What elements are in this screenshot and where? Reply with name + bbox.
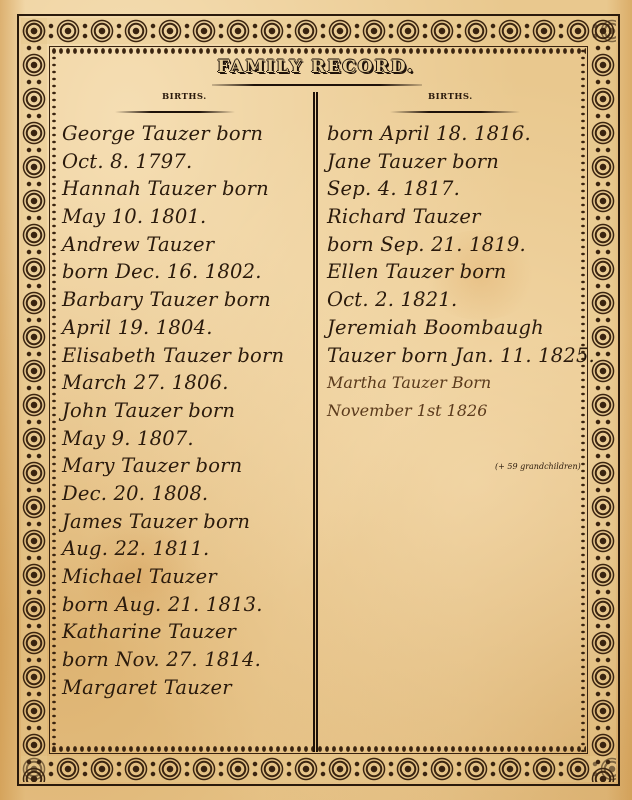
record-line: Aug. 22. 1811. [62, 535, 307, 563]
margin-note: (+ 59 grandchildren) [495, 462, 581, 471]
record-line: born Sep. 21. 1819. [327, 231, 587, 259]
right-header-rule [390, 111, 520, 113]
later-record-line: November 1st 1826 [327, 397, 587, 425]
title-underline [212, 84, 422, 86]
page-title: FAMILY RECORD. [0, 57, 632, 77]
border-band-left [21, 18, 47, 782]
left-header-rule [115, 111, 235, 113]
record-line: Jeremiah Boombaugh [327, 314, 587, 342]
record-line: Richard Tauzer [327, 203, 587, 231]
record-line: born Aug. 21. 1813. [62, 591, 307, 619]
record-line: Oct. 2. 1821. [327, 286, 587, 314]
record-line: James Tauzer born [62, 508, 307, 536]
right-column-header: BIRTHS. [428, 92, 473, 102]
record-line: born April 18. 1816. [327, 120, 587, 148]
record-line: Elisabeth Tauzer born [62, 342, 307, 370]
record-line: Barbary Tauzer born [62, 286, 307, 314]
right-births-column: born April 18. 1816. Jane Tauzer born Se… [327, 120, 587, 425]
column-divider [313, 92, 318, 752]
bead-row-bottom [51, 746, 586, 752]
record-line: Dec. 20. 1808. [62, 480, 307, 508]
record-line: Michael Tauzer [62, 563, 307, 591]
record-line: Katharine Tauzer [62, 618, 307, 646]
record-line: May 10. 1801. [62, 203, 307, 231]
record-line: born Dec. 16. 1802. [62, 258, 307, 286]
left-column-header: BIRTHS. [162, 92, 207, 102]
record-line: Andrew Tauzer [62, 231, 307, 259]
record-line: born Nov. 27. 1814. [62, 646, 307, 674]
later-record-line: Martha Tauzer Born [327, 369, 587, 397]
record-line: Ellen Tauzer born [327, 258, 587, 286]
bead-row-top [51, 48, 586, 54]
record-line: George Tauzer born [62, 120, 307, 148]
record-line: April 19. 1804. [62, 314, 307, 342]
bead-row-left [51, 48, 57, 752]
border-band-bottom [21, 756, 616, 782]
record-line: Oct. 8. 1797. [62, 148, 307, 176]
record-line: Margaret Tauzer [62, 674, 307, 702]
border-band-right [590, 18, 616, 782]
record-line: May 9. 1807. [62, 425, 307, 453]
record-line: Mary Tauzer born [62, 452, 307, 480]
record-line: Tauzer born Jan. 11. 1825. [327, 342, 587, 370]
record-line: March 27. 1806. [62, 369, 307, 397]
record-line: John Tauzer born [62, 397, 307, 425]
record-line: Hannah Tauzer born [62, 175, 307, 203]
border-band-top [21, 18, 616, 44]
left-births-column: George Tauzer born Oct. 8. 1797. Hannah … [62, 120, 307, 701]
record-line: Sep. 4. 1817. [327, 175, 587, 203]
record-line: Jane Tauzer born [327, 148, 587, 176]
